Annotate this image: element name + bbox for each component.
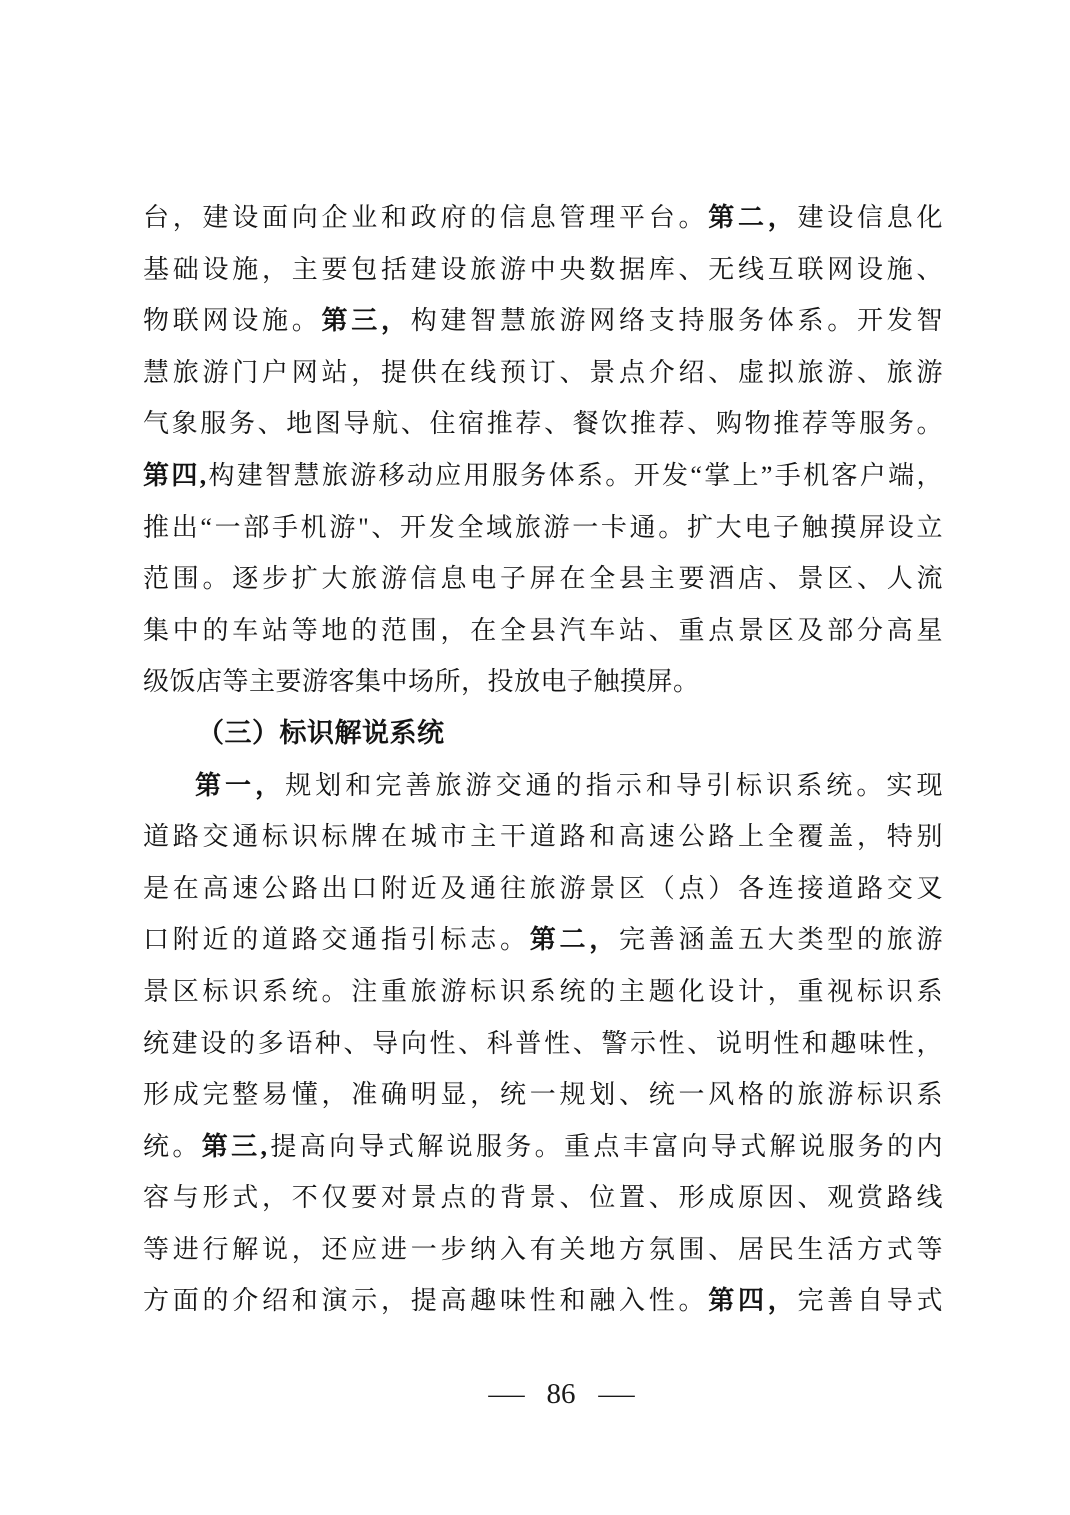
text-segment: 建设信息化 — [797, 203, 943, 232]
bold-text-segment: 第四， — [708, 1286, 797, 1315]
text-line: 气象服务、地图导航、住宿推荐、餐饮推荐、购物推荐等服务。 — [143, 398, 943, 450]
text-segment: 统建设的多语种、导向性、科普性、警示性、说明性和趣味性， — [143, 1029, 943, 1058]
text-segment: 台，建设面向企业和政府的信息管理平台。 — [143, 203, 708, 232]
text-line: 形成完整易懂，准确明显，统一规划、统一风格的旅游标识系 — [143, 1069, 943, 1121]
text-segment: 形成完整易懂，准确明显，统一规划、统一风格的旅游标识系 — [143, 1080, 943, 1109]
text-line: 第四,构建智慧旅游移动应用服务体系。开发“掌上”手机客户端， — [143, 450, 943, 502]
text-segment: 气象服务、地图导航、住宿推荐、餐饮推荐、购物推荐等服务。 — [143, 409, 943, 438]
text-line: 道路交通标识标牌在城市主干道路和高速公路上全覆盖，特别 — [143, 811, 943, 863]
text-line: 集中的车站等地的范围，在全县汽车站、重点景区及部分高星 — [143, 605, 943, 657]
text-line: 口附近的道路交通指引标志。第二，完善涵盖五大类型的旅游 — [143, 914, 943, 966]
text-line: 统建设的多语种、导向性、科普性、警示性、说明性和趣味性， — [143, 1018, 943, 1070]
text-segment: 规划和完善旅游交通的指示和导引标识系统。实现 — [285, 771, 943, 800]
text-line: 等进行解说，还应进一步纳入有关地方氛围、居民生活方式等 — [143, 1224, 943, 1276]
text-segment: 构建智慧旅游移动应用服务体系。开发“掌上”手机客户端， — [207, 461, 943, 490]
text-segment: 集中的车站等地的范围，在全县汽车站、重点景区及部分高星 — [143, 616, 943, 645]
text-segment: 口附近的道路交通指引标志。 — [143, 925, 530, 954]
text-line: 是在高速公路出口附近及通往旅游景区（点）各连接道路交叉 — [143, 863, 943, 915]
text-segment: 景区标识系统。注重旅游标识系统的主题化设计，重视标识系 — [143, 977, 943, 1006]
text-segment: 级饭店等主要游客集中场所，投放电子触摸屏。 — [143, 667, 700, 696]
text-segment: 完善自导式 — [797, 1286, 943, 1315]
bold-text-segment: （三）标识解说系统 — [197, 718, 445, 748]
text-segment: 完善涵盖五大类型的旅游 — [619, 925, 943, 954]
text-segment: 等进行解说，还应进一步纳入有关地方氛围、居民生活方式等 — [143, 1235, 943, 1264]
text-segment: 基础设施，主要包括建设旅游中央数据库、无线互联网设施、 — [143, 255, 943, 284]
bold-text-segment: 第二， — [708, 203, 797, 232]
text-segment: 统。 — [143, 1132, 202, 1161]
document-body: 台，建设面向企业和政府的信息管理平台。第二，建设信息化基础设施，主要包括建设旅游… — [143, 192, 943, 1327]
bold-text-segment: 第三， — [322, 306, 411, 335]
text-line: 慧旅游门户网站，提供在线预订、景点介绍、虚拟旅游、旅游 — [143, 347, 943, 399]
text-line: 级饭店等主要游客集中场所，投放电子触摸屏。 — [143, 656, 943, 708]
text-line: 统。第三,提高向导式解说服务。重点丰富向导式解说服务的内 — [143, 1121, 943, 1173]
text-segment: 道路交通标识标牌在城市主干道路和高速公路上全覆盖，特别 — [143, 822, 943, 851]
text-line: 方面的介绍和演示，提高趣味性和融入性。第四，完善自导式 — [143, 1275, 943, 1327]
bold-text-segment: 第四, — [143, 461, 207, 490]
footer-dash-right: — — [598, 1378, 634, 1411]
document-page: 台，建设面向企业和政府的信息管理平台。第二，建设信息化基础设施，主要包括建设旅游… — [0, 0, 1070, 1515]
footer-dash-left: — — [488, 1378, 524, 1411]
bold-text-segment: 第一， — [195, 771, 285, 800]
text-segment: 构建智慧旅游网络支持服务体系。开发智 — [411, 306, 943, 335]
text-line: 第一，规划和完善旅游交通的指示和导引标识系统。实现 — [143, 760, 943, 812]
text-line: 物联网设施。第三，构建智慧旅游网络支持服务体系。开发智 — [143, 295, 943, 347]
text-segment: 方面的介绍和演示，提高趣味性和融入性。 — [143, 1286, 708, 1315]
text-line: 范围。逐步扩大旅游信息电子屏在全县主要酒店、景区、人流 — [143, 553, 943, 605]
bold-text-segment: 第二， — [530, 925, 619, 954]
text-line: 推出“一部手机游"、开发全域旅游一卡通。扩大电子触摸屏设立 — [143, 502, 943, 554]
text-segment: 范围。逐步扩大旅游信息电子屏在全县主要酒店、景区、人流 — [143, 564, 943, 593]
text-segment: 容与形式，不仅要对景点的背景、位置、形成原因、观赏路线 — [143, 1183, 943, 1212]
section-heading: （三）标识解说系统 — [143, 708, 943, 760]
text-segment: 提高向导式解说服务。重点丰富向导式解说服务的内 — [268, 1132, 943, 1161]
text-segment: 是在高速公路出口附近及通往旅游景区（点）各连接道路交叉 — [143, 874, 943, 903]
text-segment: 推出“一部手机游"、开发全域旅游一卡通。扩大电子触摸屏设立 — [143, 513, 943, 542]
page-footer: — 86 — — [26, 1378, 1070, 1411]
page-number: 86 — [547, 1378, 576, 1411]
text-line: 基础设施，主要包括建设旅游中央数据库、无线互联网设施、 — [143, 244, 943, 296]
bold-text-segment: 第三, — [202, 1132, 268, 1161]
text-line: 台，建设面向企业和政府的信息管理平台。第二，建设信息化 — [143, 192, 943, 244]
text-segment: 慧旅游门户网站，提供在线预订、景点介绍、虚拟旅游、旅游 — [143, 358, 943, 387]
text-line: 景区标识系统。注重旅游标识系统的主题化设计，重视标识系 — [143, 966, 943, 1018]
text-line: 容与形式，不仅要对景点的背景、位置、形成原因、观赏路线 — [143, 1172, 943, 1224]
text-segment: 物联网设施。 — [143, 306, 322, 335]
